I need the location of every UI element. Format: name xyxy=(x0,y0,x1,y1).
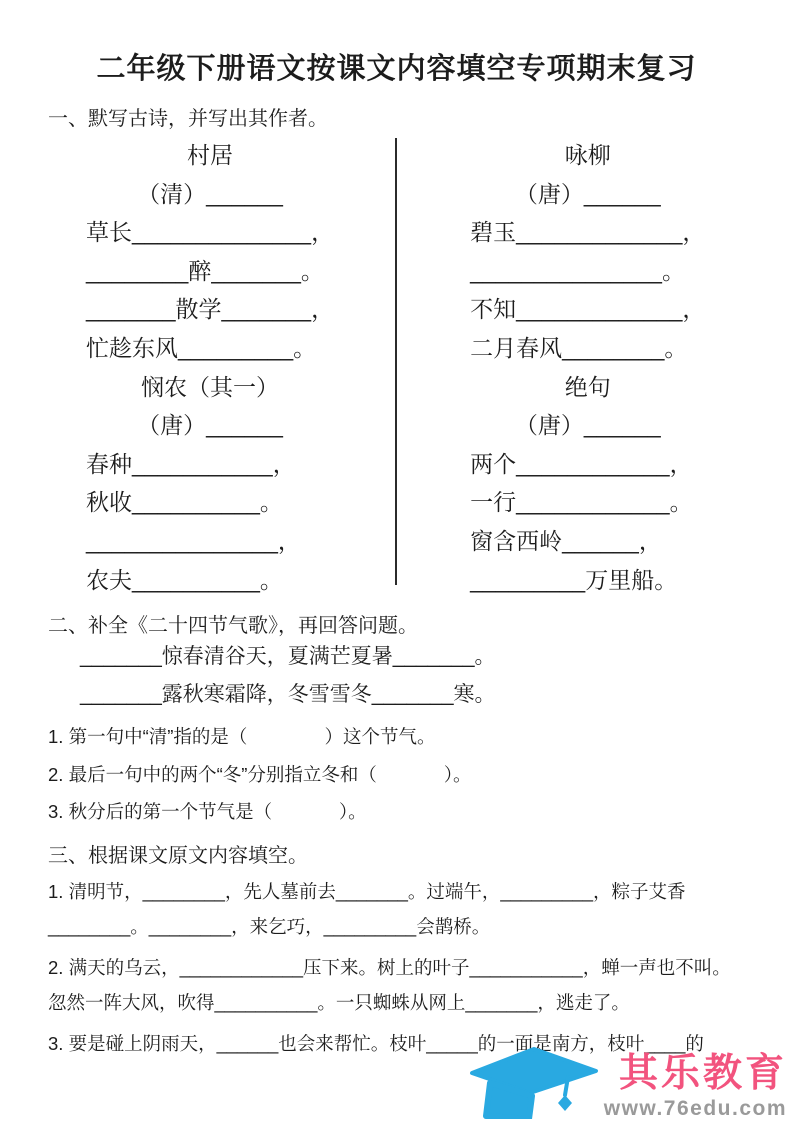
logo-text-block: 其乐教育 www.76edu.com xyxy=(604,1054,791,1120)
solar-terms-verse: _______露秋寒霜降，冬雪雪冬_______寒。 xyxy=(80,676,793,714)
section2-verses: _______惊春清谷天，夏满芒夏暑_______。 _______露秋寒霜降，… xyxy=(0,638,793,714)
poem-line: 两个____________， xyxy=(470,445,705,484)
poem-author-blank: （唐）______ xyxy=(470,406,705,445)
poem-line: _______________， xyxy=(86,522,334,561)
poem-line: 忙趁东风_________。 xyxy=(86,329,334,368)
poem-author-blank: （唐）______ xyxy=(86,406,334,445)
section2-questions: 1. 第一句中“清”指的是（ ）这个节气。 2. 最后一句中的两个“冬”分别指立… xyxy=(0,718,793,831)
poem-title: 绝句 xyxy=(470,368,705,407)
page-title: 二年级下册语文按课文内容填空专项期末复习 xyxy=(0,0,793,87)
poem-line: 碧玉_____________， xyxy=(470,213,705,252)
fill-blank-item: 1. 清明节，________，先人墓前去_______。过端午，_______… xyxy=(48,874,749,944)
question-item: 1. 第一句中“清”指的是（ ）这个节气。 xyxy=(48,718,753,756)
question-item: 2. 最后一句中的两个“冬”分别指立冬和（ ）。 xyxy=(48,756,753,794)
poem-line: 二月春风________。 xyxy=(470,329,705,368)
section3-heading: 三、根据课文原文内容填空。 xyxy=(48,839,745,868)
column-divider-line xyxy=(395,138,397,585)
poem-line: 窗含西岭______， xyxy=(470,522,705,561)
publisher-logo: 其乐教育 www.76edu.com xyxy=(468,1041,791,1120)
poem-line: _______散学_______， xyxy=(86,290,334,329)
worksheet-page: 二年级下册语文按课文内容填空专项期末复习 一、默写古诗，并写出其作者。 村居 （… xyxy=(0,0,793,1122)
poem-title: 村居 xyxy=(86,136,334,175)
poem-line: 不知_____________， xyxy=(470,290,705,329)
poem-cunju: 村居 （清）______ 草长______________， ________醉… xyxy=(86,136,334,368)
poem-author-blank: （唐）______ xyxy=(470,175,705,214)
section3-items: 1. 清明节，________，先人墓前去_______。过端午，_______… xyxy=(0,874,793,1061)
poem-line: _________万里船。 xyxy=(470,561,705,600)
fill-blank-item: 2. 满天的乌云，____________压下来。树上的叶子__________… xyxy=(48,950,749,1020)
graduation-cap-icon xyxy=(468,1041,600,1122)
poem-line: 秋收__________。 xyxy=(86,483,334,522)
poem-author-blank: （清）______ xyxy=(86,175,334,214)
poem-jueju: 绝句 （唐）______ 两个____________， 一行_________… xyxy=(470,368,705,600)
poem-minnong: 悯农（其一） （唐）______ 春种___________， 秋收______… xyxy=(86,368,334,600)
poem-line: 农夫__________。 xyxy=(86,561,334,600)
poems-left-column: 村居 （清）______ 草长______________， ________醉… xyxy=(48,136,404,599)
question-item: 3. 秋分后的第一个节气是（ ）。 xyxy=(48,793,753,831)
poems-right-column: 咏柳 （唐）______ 碧玉_____________， __________… xyxy=(404,136,783,599)
poem-line: 一行____________。 xyxy=(470,483,705,522)
brand-url: www.76edu.com xyxy=(604,1097,787,1120)
section1-heading: 一、默写古诗，并写出其作者。 xyxy=(48,102,745,131)
section2-heading: 二、补全《二十四节气歌》，再回答问题。 xyxy=(48,609,745,638)
poem-title: 咏柳 xyxy=(470,136,705,175)
poem-line: _______________。 xyxy=(470,252,705,291)
poem-title: 悯农（其一） xyxy=(86,368,334,407)
brand-name: 其乐教育 xyxy=(619,1054,787,1095)
solar-terms-verse: _______惊春清谷天，夏满芒夏暑_______。 xyxy=(80,638,793,676)
poem-line: 春种___________， xyxy=(86,445,334,484)
poem-line: ________醉_______。 xyxy=(86,252,334,291)
poems-grid: 村居 （清）______ 草长______________， ________醉… xyxy=(48,136,745,599)
poem-line: 草长______________， xyxy=(86,213,334,252)
poem-yongliu: 咏柳 （唐）______ 碧玉_____________， __________… xyxy=(470,136,705,368)
